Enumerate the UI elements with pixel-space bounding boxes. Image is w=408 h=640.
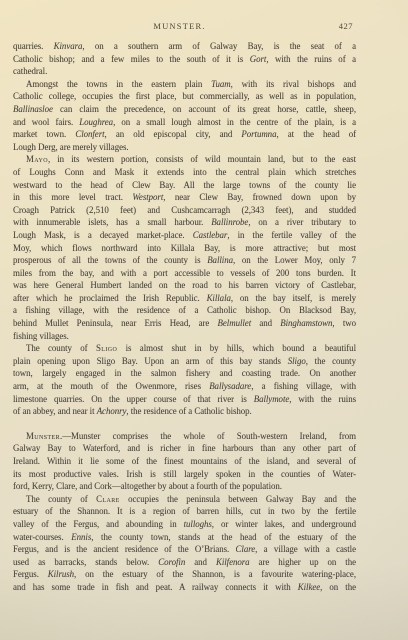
text-line: estuary of the Shannon. It is a region o…: [13, 505, 356, 518]
body-text: Galway Bay to Waterford, and is richer i…: [13, 443, 356, 453]
body-text: arm, at the mouth of the Owenmore, rises: [13, 381, 209, 391]
place-name-italic: Ennis: [71, 532, 91, 542]
body-text: was here General Humbert landed on the r…: [13, 280, 356, 290]
place-name-italic: Castlebar: [193, 230, 228, 240]
body-text: Moy, which flows northward into Killala …: [13, 243, 356, 253]
body-text: valley of the Fergus, and abounding in: [13, 519, 184, 529]
county-name-smallcaps: Munster: [26, 431, 60, 441]
place-name-italic: Ballymote: [254, 394, 290, 404]
text-line: its most productive vales. Irish is stil…: [13, 468, 356, 481]
body-text: is almost shut in by hills, which bound …: [117, 343, 356, 353]
body-text: , the residence of a Catholic bishop.: [126, 406, 251, 416]
page-number: 427: [339, 21, 353, 31]
text-line: Lough Mask, is a decayed market-place. C…: [13, 229, 356, 242]
body-text: , with the ruins of a: [266, 54, 356, 64]
text-line: Galway Bay to Waterford, and is richer i…: [13, 442, 356, 455]
text-line: Lough Derg, are merely villages.: [13, 141, 356, 154]
place-name-italic: Clare: [236, 544, 256, 554]
text-line: valley of the Fergus, and abounding in t…: [13, 518, 356, 531]
place-name-italic: Killala: [207, 293, 231, 303]
body-text: occupies the peninsula between Galway Ba…: [120, 494, 356, 504]
text-line: Catholic bishop; and a few miles to the …: [13, 53, 356, 66]
text-line: Croagh Patrick (2,510 feet) and Cushcamc…: [13, 204, 356, 217]
body-text: Croagh Patrick (2,510 feet) and Cushcamc…: [13, 205, 356, 215]
body-text: , in its western portion, consists of wi…: [48, 154, 356, 164]
text-line: Ballinasloe can claim the precedence, on…: [13, 103, 356, 116]
body-text: and has some trade in fish and peat. A r…: [13, 582, 298, 592]
body-text: , on the: [320, 582, 356, 592]
body-text: with innumerable islets, has a small har…: [13, 217, 211, 227]
text-block: quarries. Kinvara, on a southern arm of …: [13, 40, 356, 594]
place-name-italic: Loughrea: [79, 117, 113, 127]
body-text: quarries.: [13, 41, 54, 51]
place-name-italic: Kinvara: [54, 41, 83, 51]
place-name-italic: Achonry: [97, 406, 127, 416]
text-line: Mayo, in its western portion, consists o…: [13, 153, 356, 166]
text-line: after which he proclaimed the Irish Repu…: [13, 292, 356, 305]
place-name-italic: Binghamstown: [280, 318, 332, 328]
place-name-italic: Clonfert: [75, 129, 104, 139]
body-text: , on the Lower Moy, only 7: [233, 255, 356, 265]
paragraph: Amongst the towns in the eastern plain T…: [13, 78, 356, 154]
place-name-italic: Belmullet: [218, 318, 252, 328]
body-text: Catholic college, occupies the first pla…: [13, 91, 356, 101]
body-text: , a village with a castle: [255, 544, 356, 554]
body-text: its most productive vales. Irish is stil…: [13, 469, 356, 479]
place-name-italic: Ballina: [207, 255, 233, 265]
body-text: , on a southern arm of Galway Bay, is th…: [82, 41, 356, 51]
body-text: can claim the precedence, on account of …: [53, 104, 356, 114]
body-text: The county of: [26, 343, 96, 353]
body-text: estuary of the Shannon. It is a region o…: [13, 506, 356, 516]
body-text: Amongst the towns in the eastern plain: [26, 79, 211, 89]
body-text: prosperous of all the towns of the count…: [13, 255, 207, 265]
body-text: in this more level tract.: [13, 192, 132, 202]
place-name-italic: Gort: [250, 54, 267, 64]
place-name-italic: Tuam: [211, 79, 231, 89]
body-text: Catholic bishop; and a few miles to the …: [13, 54, 250, 64]
body-text: , the county town, stands at the head of…: [91, 532, 356, 542]
body-text: Lough Mask, is a decayed market-place.: [13, 230, 193, 240]
text-line: town, largely engaged in the salmon fish…: [13, 367, 356, 380]
place-name-italic: Portumna: [241, 129, 276, 139]
body-text: Fergus, and is the ancient residence of …: [13, 544, 236, 554]
place-name-italic: Ballinrobe: [211, 217, 248, 227]
place-name-italic: Westport: [132, 192, 163, 202]
text-line: plain opening upon Sligo Bay. Upon an ar…: [13, 355, 356, 368]
paragraph: Munster.—Munster comprises the whole of …: [13, 430, 356, 493]
paragraph: quarries. Kinvara, on a southern arm of …: [13, 40, 356, 78]
text-line: of Loughs Conn and Mask it extends into …: [13, 166, 356, 179]
body-text: and: [251, 318, 280, 328]
body-text: , with its rival bishops and: [231, 79, 356, 89]
body-text: , on a river tributary to: [248, 217, 356, 227]
place-name-italic: Ballysadare: [209, 381, 251, 391]
body-text: fishing villages.: [13, 331, 69, 341]
page-header: MUNSTER. 427: [13, 21, 356, 33]
text-line: The county of Sligo is almost shut in by…: [13, 342, 356, 355]
text-line: cathedral.: [13, 65, 356, 78]
body-text: , the county: [306, 356, 356, 366]
body-text: , or winter lakes, and underground: [212, 519, 356, 529]
paragraph: Mayo, in its western portion, consists o…: [13, 153, 356, 342]
body-text: , on a small lough almost in the centre …: [113, 117, 356, 127]
text-line: of an abbey, and near it Achonry, the re…: [13, 405, 356, 418]
text-line: and wool fairs. Loughrea, on a small lou…: [13, 116, 356, 129]
text-line: Fergus. Kilrush, on the estuary of the S…: [13, 568, 356, 581]
text-line: fishing villages.: [13, 330, 356, 343]
body-text: , on the estuary of the Shannon, is a fa…: [74, 569, 356, 579]
text-line: market town. Clonfert, an old episcopal …: [13, 128, 356, 141]
body-text: , near Clew Bay, frowned down upon by: [163, 192, 356, 202]
body-text: ford, Kerry, Clare, and Cork—altogether …: [13, 481, 282, 491]
county-name-smallcaps: Clare: [96, 494, 120, 504]
place-name-italic: Ballinasloe: [13, 104, 53, 114]
body-text: , in the fertile valley of the: [227, 230, 356, 240]
running-title: MUNSTER.: [13, 21, 346, 31]
text-line: Fergus, and is the ancient residence of …: [13, 543, 356, 556]
body-text: , on the bay itself, is merely: [231, 293, 356, 303]
text-line: used as barracks, stands below. Corofin …: [13, 556, 356, 569]
text-line: miles from the bay, and with a port acce…: [13, 267, 356, 280]
body-text: town, largely engaged in the salmon fish…: [13, 368, 356, 378]
body-text: The county of: [26, 494, 96, 504]
text-line: The county of Clare occupies the peninsu…: [13, 493, 356, 506]
text-line: with innumerable islets, has a small har…: [13, 216, 356, 229]
body-text: limestone quarries. On the upper course …: [13, 394, 254, 404]
text-line: Ireland. Within it lie some of the fines…: [13, 455, 356, 468]
body-text: , at the head of: [276, 129, 356, 139]
text-line: prosperous of all the towns of the count…: [13, 254, 356, 267]
body-text: , an old episcopal city, and: [105, 129, 242, 139]
paragraph: The county of Sligo is almost shut in by…: [13, 342, 356, 418]
text-line: was here General Humbert landed on the r…: [13, 279, 356, 292]
text-line: a fishing village, with the residence of…: [13, 304, 356, 317]
text-line: ford, Kerry, Clare, and Cork—altogether …: [13, 480, 356, 493]
text-line: and has some trade in fish and peat. A r…: [13, 581, 356, 594]
place-name-italic: Kilkee: [298, 582, 320, 592]
body-text: Ireland. Within it lie some of the fines…: [13, 456, 356, 466]
body-text: and: [185, 557, 216, 567]
body-text: westward to the head of Clew Bay. All th…: [13, 180, 356, 190]
body-text: .—Munster comprises the whole of South-w…: [60, 431, 356, 441]
text-line: in this more level tract. Westport, near…: [13, 191, 356, 204]
body-text: a fishing village, with the residence of…: [13, 305, 356, 315]
text-line: water-courses. Ennis, the county town, s…: [13, 531, 356, 544]
body-text: of an abbey, and near it: [13, 406, 97, 416]
body-text: of Loughs Conn and Mask it extends into …: [13, 167, 356, 177]
body-text: are higher up on the: [250, 557, 356, 567]
body-text: plain opening upon Sligo Bay. Upon an ar…: [13, 356, 288, 366]
place-name-italic: Corofin: [158, 557, 185, 567]
body-text: used as barracks, stands below.: [13, 557, 158, 567]
book-page: MUNSTER. 427 quarries. Kinvara, on a sou…: [0, 0, 408, 640]
place-name-italic: Kilfenora: [216, 557, 250, 567]
county-name-smallcaps: Mayo: [26, 154, 48, 164]
text-line: westward to the head of Clew Bay. All th…: [13, 179, 356, 192]
body-text: cathedral.: [13, 66, 47, 76]
body-text: , a fishing village, with: [251, 381, 356, 391]
body-text: , with the ruins: [289, 394, 356, 404]
text-line: Moy, which flows northward into Killala …: [13, 242, 356, 255]
body-text: Lough Derg, are merely villages.: [13, 142, 129, 152]
body-text: behind Mullet Peninsula, near Erris Head…: [13, 318, 218, 328]
place-name-italic: Kilrush: [48, 569, 74, 579]
place-name-italic: Sligo: [288, 356, 306, 366]
body-text: after which he proclaimed the Irish Repu…: [13, 293, 207, 303]
text-line: limestone quarries. On the upper course …: [13, 393, 356, 406]
body-text: market town.: [13, 129, 75, 139]
text-line: arm, at the mouth of the Owenmore, rises…: [13, 380, 356, 393]
body-text: Fergus.: [13, 569, 48, 579]
body-text: water-courses.: [13, 532, 71, 542]
text-line: Catholic college, occupies the first pla…: [13, 90, 356, 103]
body-text: , two: [332, 318, 356, 328]
paragraph: The county of Clare occupies the peninsu…: [13, 493, 356, 594]
text-line: behind Mullet Peninsula, near Erris Head…: [13, 317, 356, 330]
body-text: miles from the bay, and with a port acce…: [13, 268, 356, 278]
place-name-italic: tulloghs: [184, 519, 212, 529]
text-line: Munster.—Munster comprises the whole of …: [13, 430, 356, 443]
text-line: quarries. Kinvara, on a southern arm of …: [13, 40, 356, 53]
body-text: and wool fairs.: [13, 117, 79, 127]
county-name-smallcaps: Sligo: [96, 343, 117, 353]
text-line: Amongst the towns in the eastern plain T…: [13, 78, 356, 91]
